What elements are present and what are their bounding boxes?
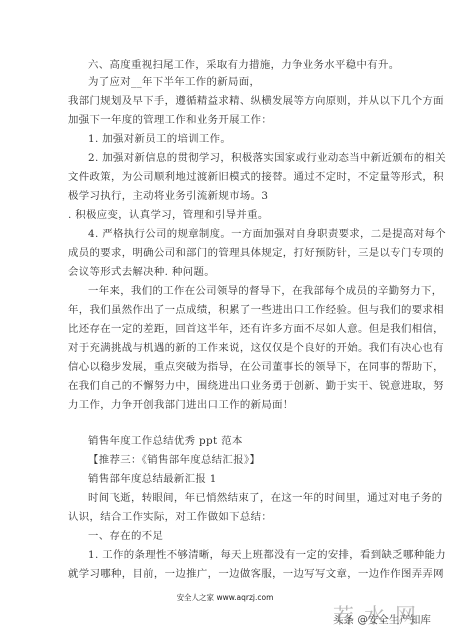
text-line: 比还存在一定的差距，回首这半年，还有许多方面不尽如人意。但是我们相信， bbox=[68, 322, 398, 336]
text-line: 4. 严格执行公司的规章制度。一方面加强对自身职责要求，二是提高对每个 bbox=[88, 227, 418, 241]
text-line: 2. 加强对新信息的贯彻学习，积极落实国家或行业动态当中新近颁布的相关 bbox=[88, 151, 418, 165]
text-line: 销售年度工作总结优秀 ppt 范本 bbox=[88, 434, 418, 448]
text-line: 信心以稳步发展，重点突破为指导，在公司董事长的领导下，在同事的帮助下， bbox=[68, 360, 398, 374]
text-line: 【推荐三：《销售部年度总结汇报》】 bbox=[88, 453, 418, 467]
text-line: 一年来，我们的工作在公司领导的督导下，在我部每个成员的辛勤努力下， bbox=[88, 284, 418, 298]
text-line: 时间飞逝，转眼间，年已悄然结束了，在这一年的时间里，通过对电子务的 bbox=[88, 491, 418, 505]
text-line: 就学习哪种，目前，一边推广，一边做客服，一边写写文章，一边作作图弄弄网 bbox=[68, 567, 398, 581]
watermark-handle: 头条 @安全生产知库 bbox=[333, 612, 431, 627]
text-line: 力工作，力争开创我部门进出口工作的新局面！ bbox=[68, 398, 398, 412]
text-line: 为了应对__年下半年工作的新局面， bbox=[88, 75, 418, 89]
text-line: 极学习执行，主动将业务引流新规市场。3 bbox=[68, 189, 398, 203]
text-line: 会议等形式去解决种. 种问题。 bbox=[68, 265, 398, 279]
text-line: 加强下一年度的管理工作和业务开展工作： bbox=[68, 113, 398, 127]
text-line: 文件政策，为公司顺利地过渡新旧模式的接替。通过不定时，不定量等形式，积 bbox=[68, 170, 398, 184]
text-line: . 积极应变，认真学习，管理和引导并重。 bbox=[68, 208, 398, 222]
document-page: 六、高度重视扫尾工作，采取有力措施，力争业务水平稳中有升。为了应对__年下半年工… bbox=[0, 0, 450, 637]
text-line: 认识，结合工作实际，对工作做如下总结： bbox=[68, 510, 398, 524]
text-line: 1. 工作的条理性不够清晰，每天上班都没有一定的安排，看到缺乏哪种能力 bbox=[88, 548, 418, 562]
text-line: 成员的要求，明确公司和部门的管理具体规定，打好预防针，三是以专门专项的 bbox=[68, 246, 398, 260]
text-line: 1. 加强对新员工的培训工作。 bbox=[88, 132, 418, 146]
text-line: 六、高度重视扫尾工作，采取有力措施，力争业务水平稳中有升。 bbox=[88, 58, 418, 72]
text-line: 年，我们虽然作出了一点成绩，积累了一些进出口工作经验。但与我们的要求相 bbox=[68, 303, 398, 317]
text-line: 我部门规划及早下手，遵循精益求精、纵横发展等方向原则，并从以下几个方面 bbox=[68, 94, 398, 108]
text-line: 销售部年度总结最新汇报 1 bbox=[88, 472, 418, 486]
text-line: 对于充满挑战与机遇的新的工作来说，这仅仅是个良好的开始。我们有决心也有 bbox=[68, 341, 398, 355]
text-line: 在我们自己的不懈努力中，围绕进出口业务勇于创新、勤于实干、锐意进取，努 bbox=[68, 379, 398, 393]
text-line: 一、存在的不足 bbox=[88, 529, 418, 543]
watermark: 若水网 头条 @安全生产知库 bbox=[333, 600, 443, 632]
